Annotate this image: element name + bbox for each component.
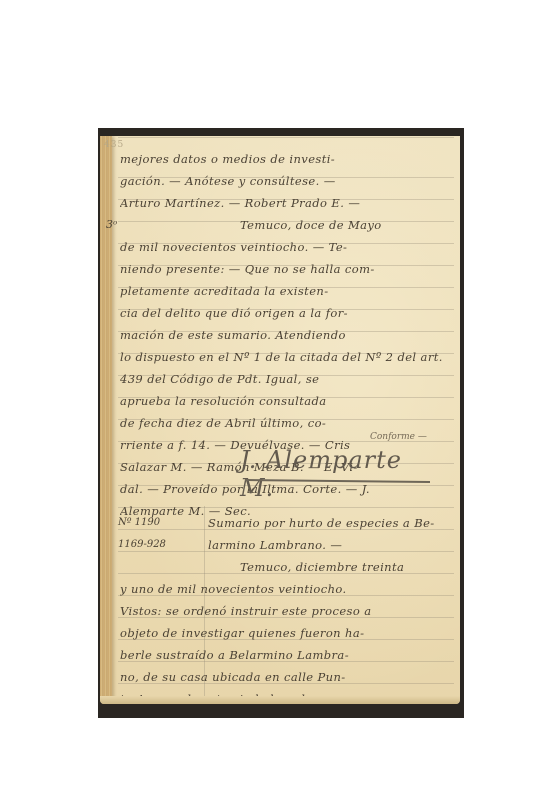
text-line: Sumario por hurto de especies a Be- [120, 512, 452, 534]
text-line: pletamente acreditada la existen- [120, 280, 452, 302]
text-line: mación de este sumario. Atendiendo [120, 324, 452, 346]
text-line: lo dispuesto en el Nº 1 de la citada del… [120, 346, 452, 368]
case-number: Nº 1190 [118, 512, 160, 534]
text-line: niendo presente: — Que no se halla com- [120, 258, 452, 280]
text-line: Temuco, doce de Mayo [120, 214, 452, 236]
text-block-entry-3: Nº 1190 Sumario por hurto de especies a … [120, 512, 452, 704]
signature-block: Conforme — J. Alemparte M. [240, 432, 440, 492]
text-line: de fecha diez de Abril último, co- [120, 412, 452, 434]
text-line: gación. — Anótese y consúltese. — [120, 170, 452, 192]
text-line: berle sustraído a Belarmino Lambra- [120, 644, 452, 666]
text-line: cia del delito que dió origen a la for- [120, 302, 452, 324]
text-line: y uno de mil novecientos veintiocho. [120, 578, 452, 600]
text-line: de mil novecientos veintiocho. — Te- [120, 236, 452, 258]
ledger-page: 435 mejores datos o medios de investi- g… [100, 136, 460, 704]
conforme-annotation: Conforme — [370, 432, 427, 442]
page-bottom-edge [100, 696, 460, 704]
text-line: 439 del Código de Pdt. Igual, se [120, 368, 452, 390]
entry-marker: 3ᵒ [106, 218, 117, 231]
text-line: no, de su casa ubicada en calle Pun- [120, 666, 452, 688]
signature: J. Alemparte M. [240, 446, 440, 502]
text-line: larmino Lambrano. — [120, 534, 452, 556]
text-line: mejores datos o medios de investi- [120, 148, 452, 170]
text-line: Vistos: se ordenó instruir este proceso … [120, 600, 452, 622]
text-line: Temuco, diciembre treinta [120, 556, 452, 578]
case-reference: 1169-928 [118, 534, 166, 556]
text-line: Arturo Martínez. — Robert Prado E. — [120, 192, 452, 214]
text-line: objeto de investigar quienes fueron ha- [120, 622, 452, 644]
text-line: aprueba la resolución consultada [120, 390, 452, 412]
